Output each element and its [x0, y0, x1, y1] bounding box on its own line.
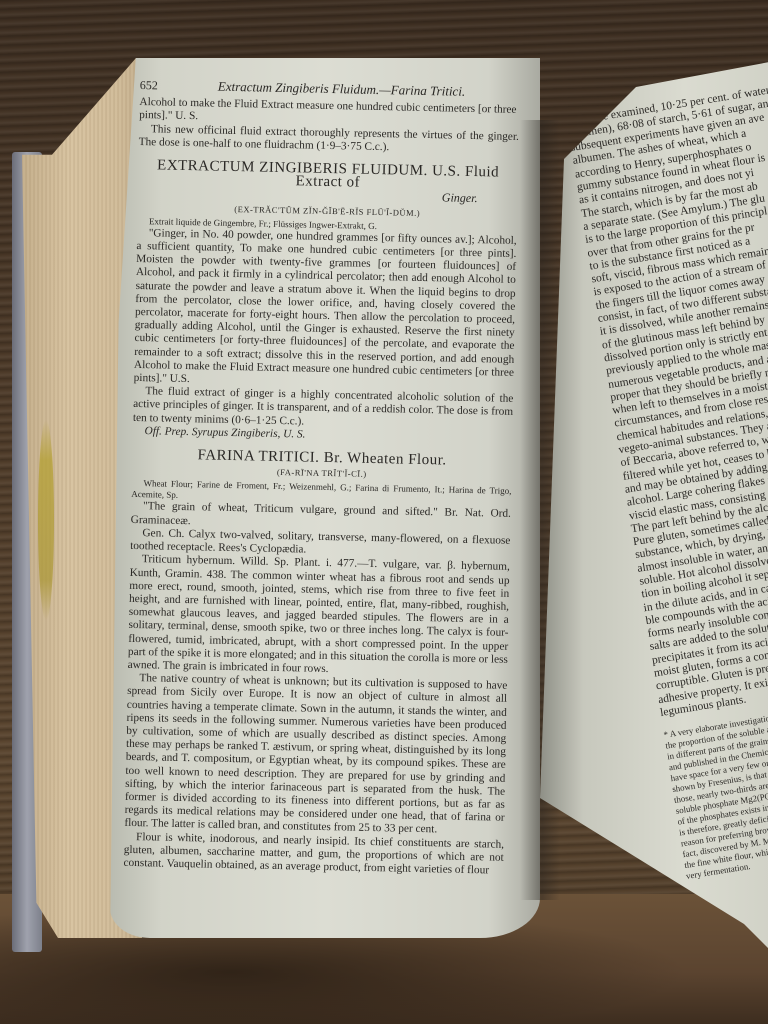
entry-paragraph: The native country of wheat is unknown; … [124, 672, 507, 838]
right-page-lines: which he examined, 10·25 per cent. of wa… [566, 75, 768, 720]
right-page-footnote: * A very elaborate investigation into th… [663, 689, 768, 882]
right-page-text: Farina Triti PART I. which he examined, … [560, 39, 768, 882]
page-edge-stain [38, 420, 54, 620]
running-head-title: Extractum Zingiberis Fluidum.—Farina Tri… [218, 80, 466, 98]
entry-paragraph: Triticum hybernum. Willd. Sp. Plant. i. … [128, 553, 510, 680]
left-page: 652 Extractum Zingiberis Fluidum.—Farina… [110, 58, 540, 938]
page-number: 652 [140, 79, 158, 93]
left-page-text: 652 Extractum Zingiberis Fluidum.—Farina… [123, 78, 520, 878]
entry-paragraph: "Ginger, in No. 40 powder, one hundred g… [134, 227, 517, 393]
entry-paragraph: Flour is white, inodorous, and nearly in… [123, 830, 504, 878]
